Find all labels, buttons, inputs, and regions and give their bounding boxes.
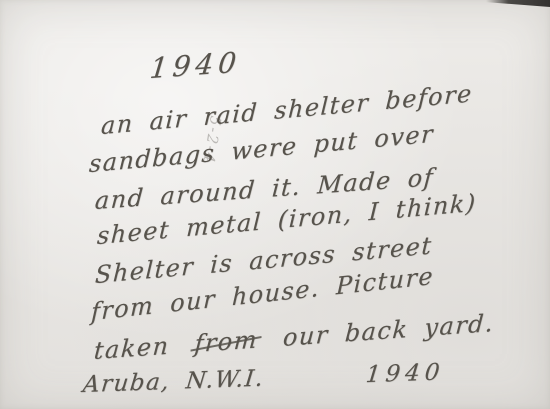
scan-edge-artifact [486, 0, 550, 7]
signoff-year: 1940 [365, 359, 446, 388]
note-line-7-prefix: taken [93, 332, 170, 365]
signoff-line: Aruba, N.W.I. 1940 [82, 359, 446, 398]
year-heading: 1940 [148, 45, 243, 85]
photo-back-card: 1940 an air raid shelter before sandbags… [0, 0, 550, 409]
signoff-place: Aruba, N.W.I. [82, 366, 266, 398]
note-line-7-suffix: our back yard. [282, 309, 495, 352]
crossed-out-word: from [194, 325, 259, 358]
